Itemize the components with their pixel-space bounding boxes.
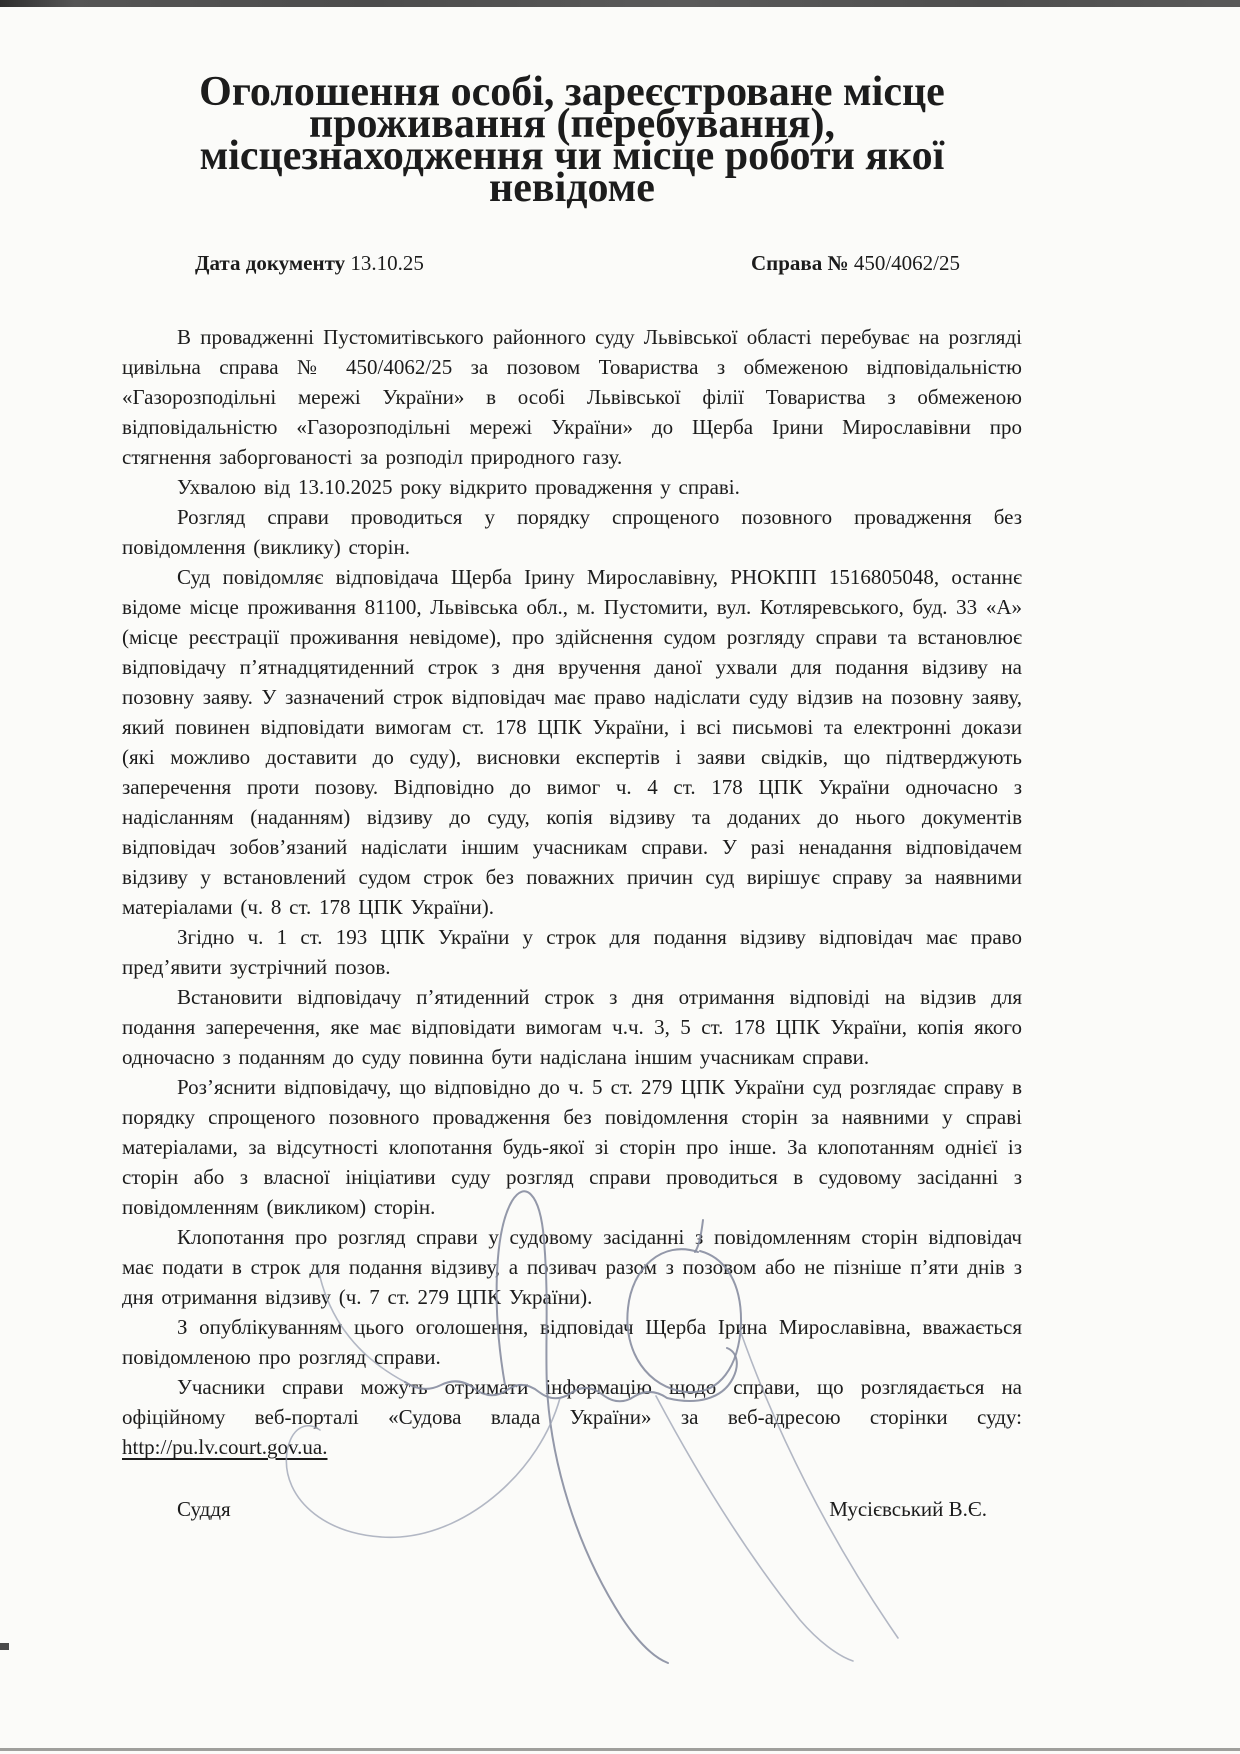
paragraph: Встановити відповідачу п’ятиденний строк… [122,982,1022,1072]
date-label: Дата документу [195,251,345,275]
document-date: Дата документу 13.10.25 [195,248,424,278]
closing-paragraph: Учасники справи можуть отримати інформац… [122,1372,1022,1462]
scan-left-mark-artifact [0,1643,9,1650]
paragraph: Згідно ч. 1 ст. 193 ЦПК України у строк … [122,922,1022,982]
case-number: Справа № 450/4062/25 [751,248,960,278]
judge-name: Мусієвський В.Є. [829,1494,987,1524]
paragraph: Ухвалою від 13.10.2025 року відкрито про… [122,472,1022,502]
signature-row: Суддя Мусієвський В.Є. [122,1494,1022,1524]
case-label: Справа № [751,251,849,275]
document-title: Оголошення особі, зареєстроване місце пр… [132,76,1012,204]
paragraph: Роз’яснити відповідачу, що відповідно до… [122,1072,1022,1222]
scan-top-edge-artifact [0,0,1240,7]
judge-label: Суддя [177,1494,231,1524]
court-url: http://pu.lv.court.gov.ua. [122,1435,328,1459]
paragraph: В провадженні Пустомитівського районного… [122,322,1022,472]
paragraph: Суд повідомляє відповідача Щерба Ірину М… [122,562,1022,922]
paragraph: Клопотання про розгляд справи у судовому… [122,1222,1022,1312]
document-meta-row: Дата документу 13.10.25 Справа № 450/406… [122,248,1022,278]
document-body: В провадженні Пустомитівського районного… [122,322,1022,1372]
scanned-court-document-page: Оголошення особі, зареєстроване місце пр… [0,0,1240,1754]
paragraph: З опублікуванням цього оголошення, відпо… [122,1312,1022,1372]
scan-bottom-edge-artifact [0,1748,1240,1751]
date-value: 13.10.25 [350,251,424,275]
paragraph: Розгляд справи проводиться у порядку спр… [122,502,1022,562]
case-value: 450/4062/25 [854,251,960,275]
document-content: Оголошення особі, зареєстроване місце пр… [122,76,1022,1524]
closing-text: Учасники справи можуть отримати інформац… [122,1375,1022,1429]
